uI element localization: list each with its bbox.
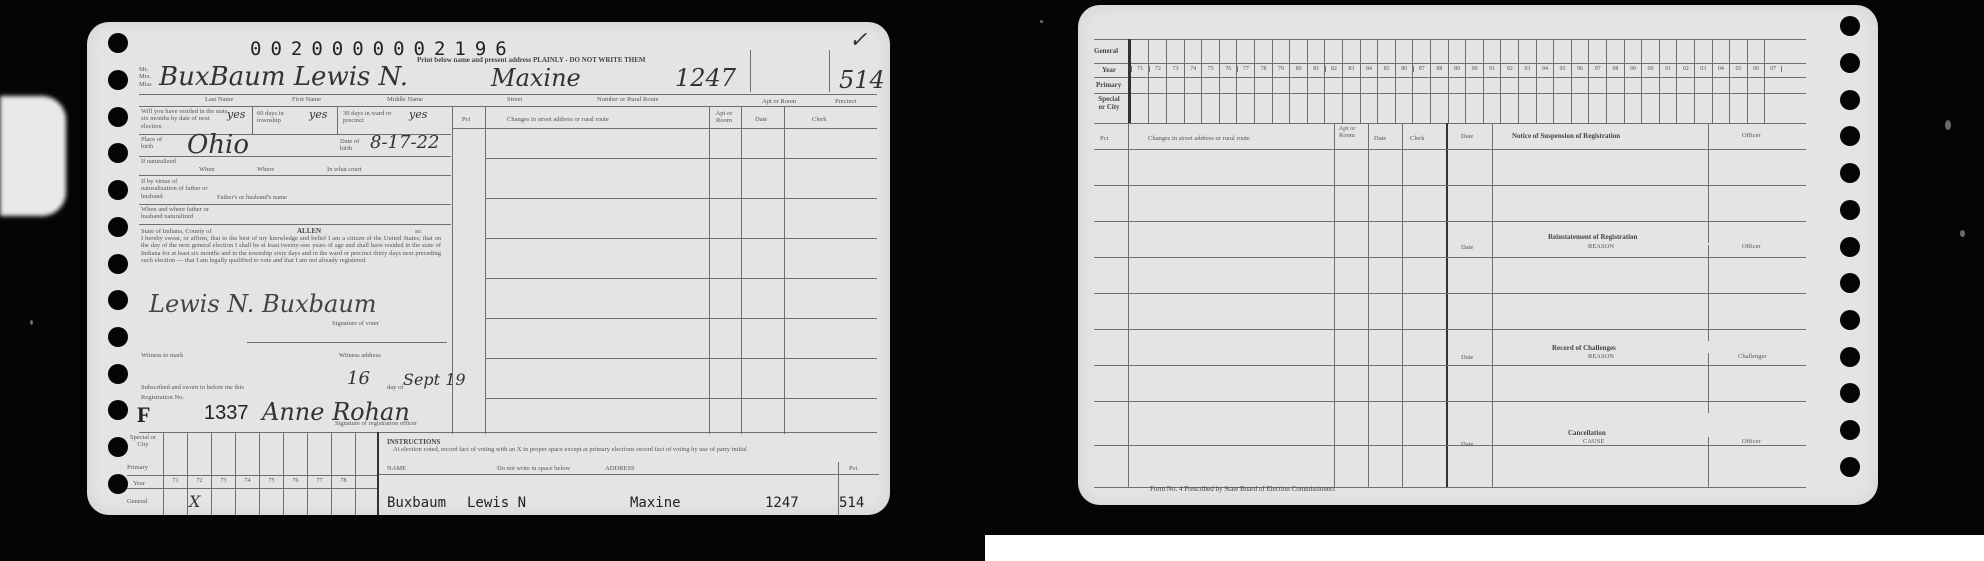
instructions-address-label: ADDRESS [605,465,635,472]
reinstatement-date-header: Date [1461,244,1473,251]
witness-label: Witness to mark [141,352,183,359]
officer-signature-label: Signature of registration officer [335,420,417,427]
changes-header-apt: Apt or Room [713,110,735,125]
back-changes-header-address: Changes in street address or rural route [1148,135,1250,142]
reinstatement-officer-header: Officer [1742,243,1761,250]
changes-header-date: Date [755,116,767,123]
general-vote-mark: X [189,492,200,511]
residency-q3: 30 days in ward or precinct [343,110,403,125]
residency-q1: Will you have resided in the state six m… [141,108,229,130]
handwritten-precinct: 514 [839,66,885,94]
witness-address-label: Witness address [339,352,381,359]
voter-signature-label: Signature of voter [332,320,379,327]
checkmark: ✓ [849,28,867,53]
challenges-reason-header: REASON [1588,353,1614,360]
residency-q2: 60 days in township [257,110,303,125]
back-changes-header-apt: Apt or Room [1336,125,1358,140]
instructions-name-label: NAME [387,465,406,472]
dust-speck [1040,20,1043,23]
month-handwritten: Sept 19 [403,370,466,389]
dust-speck [30,320,33,325]
challenges-challenger-header: Challenger [1738,353,1767,360]
registration-no-label: Registration No. [141,394,184,401]
handwritten-name: BuxBaum Lewis N. [159,62,408,92]
changes-header-address: Changes in street address or rural route [507,116,609,123]
label-court: In what court [327,166,362,173]
residency-a1: yes [227,108,245,121]
changes-header-clerk: Clerk [812,116,826,123]
back-changes-header-pct: Pct [1100,135,1108,142]
label-middle-name: Middle Name [387,96,423,103]
label-place-of-birth: Place of birth [141,136,175,151]
label-first-name: First Name [292,96,321,103]
blank-strip [985,535,1984,561]
instructions-pct-label: Pct [849,465,857,472]
residency-a3: yes [409,108,427,121]
residency-a2: yes [309,108,327,121]
typed-last-name: Buxbaum [387,495,446,511]
cancellation-officer-header: Officer [1742,438,1761,445]
name-prefix: Mr. Mrs. Miss [139,66,157,88]
label-number-route: Number or Rural Route [597,96,659,103]
cancellation-cause-header: CAUSE [1583,438,1604,445]
grid-row-special: Special or City [127,434,159,449]
form-footer: Form No. 4 Prescribed by State Board of … [1150,485,1335,493]
challenges-date-header: Date [1461,354,1473,361]
label-when-where-naturalized: When and where father or husband natural… [141,206,211,221]
voter-signature: Lewis N. Buxbaum [149,290,377,318]
handwritten-street: Maxine [491,64,581,92]
reinstatement-title: Reinstatement of Registration [1548,233,1637,241]
oath-text: I hereby swear, or affirm, that to the b… [141,235,441,265]
label-last-name: Last Name [205,96,233,103]
file-letter: F [137,402,150,428]
grid-row-year: Year [133,480,145,487]
label-naturalized: If naturalized [141,158,181,165]
grid-row-general: General [127,498,148,505]
grid-label-year: Year [1102,66,1116,74]
grid-label-special: Special or City [1096,95,1122,111]
grid-row-primary: Primary [127,464,148,471]
typed-first-middle: Lewis N [467,495,526,511]
instructions-text: At election voted, record fact of voting… [393,446,853,453]
day-label: day of [387,384,403,391]
changes-header-pct: Pct [462,116,470,123]
typed-street: Maxine [630,495,681,511]
suspension-date-header: Date [1461,133,1473,140]
label-when: When [199,166,215,173]
partial-adjacent-card [0,96,66,216]
label-precinct: Precinct [835,98,856,105]
label-naturalization-father: If by virtue of naturalization of father… [141,178,211,200]
registration-card-back: General Year Primary Special or City 71 … [1078,5,1878,505]
subscribed-label: Subscribed and sworn to before me this [141,384,244,391]
suspension-officer-header: Officer [1742,132,1761,139]
dust-speck [1945,120,1951,130]
typed-precinct: 514 [839,495,864,511]
suspension-title: Notice of Suspension of Registration [1512,132,1620,140]
grid-label-primary: Primary [1096,81,1121,89]
cancellation-title: Cancellation [1568,429,1606,437]
label-father-husband-name: Father's or husband's name [217,194,287,201]
day-handwritten: 16 [347,368,370,389]
label-where: Where [257,166,274,173]
cancellation-date-header: Date [1461,441,1473,448]
header-instruction: Print below name and present address PLA… [417,56,646,64]
date-of-birth: 8-17-22 [370,132,439,153]
back-changes-header-date: Date [1374,135,1386,142]
challenges-title: Record of Challenges [1552,344,1616,352]
back-changes-header-clerk: Clerk [1410,135,1424,142]
label-street: Street [507,96,522,103]
registration-number: 1337 [204,402,249,425]
instructions-do-not-write: Do not write in space below [497,465,570,472]
instructions-title: INSTRUCTIONS [387,438,440,446]
typed-number: 1247 [765,495,799,511]
oath-county: ALLEN [297,227,321,235]
year-row-right: 71 72 73 74 75 76 77 78 79 80 81 82 83 8… [1131,66,1782,72]
dust-speck [1960,230,1965,237]
grid-label-general: General [1094,47,1118,55]
reinstatement-reason-header: REASON [1588,243,1614,250]
label-apt-room: Apt or Room [762,98,796,105]
label-date-of-birth: Date of birth [340,138,366,153]
handwritten-number: 1247 [675,64,736,92]
registration-card-front: 0020000002196 Print below name and prese… [87,22,890,515]
